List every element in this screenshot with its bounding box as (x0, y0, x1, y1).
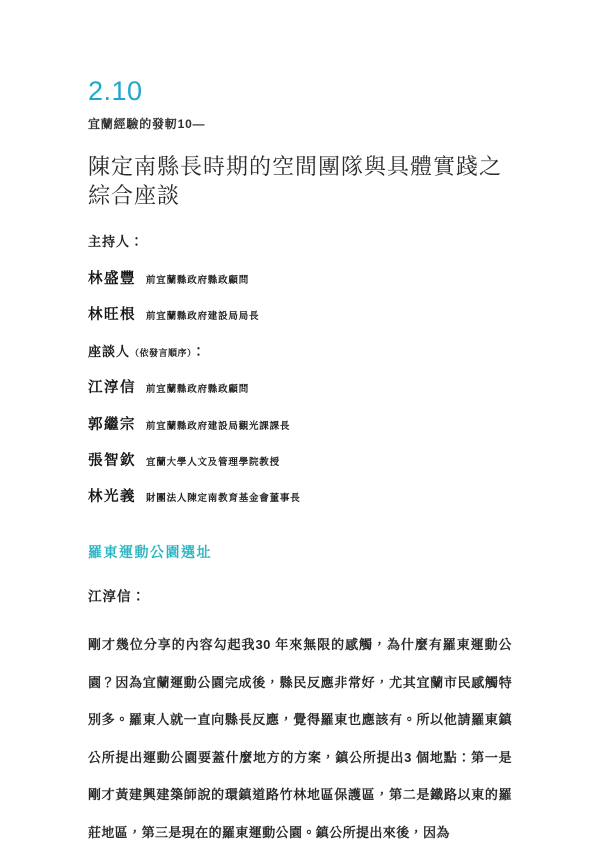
moderator-row: 林盛豐 前宜蘭縣政府縣政顧問 (88, 269, 512, 289)
person-name: 林盛豐 (88, 269, 136, 289)
panelists-label-text: 座談人 (88, 344, 130, 359)
person-name: 江淳信 (88, 378, 136, 398)
panelists-label: 座談人（依發言順序）： (88, 343, 512, 361)
panelist-row: 張智欽 宜蘭大學人文及管理學院教授 (88, 451, 512, 471)
person-title: 前宜蘭縣政府建設局局長 (146, 310, 259, 323)
person-name: 郭繼宗 (88, 415, 136, 435)
panelist-row: 郭繼宗 前宜蘭縣政府建設局觀光課課長 (88, 415, 512, 435)
page-title: 陳定南縣長時期的空間團隊與具體實踐之綜合座談 (88, 153, 512, 210)
chapter-number: 2.10 (88, 78, 512, 105)
person-name: 張智欽 (88, 451, 136, 471)
speaker-name: 江淳信： (88, 588, 512, 607)
panelist-row: 江淳信 前宜蘭縣政府縣政顧問 (88, 378, 512, 398)
person-title: 宜蘭大學人文及管理學院教授 (146, 456, 280, 469)
series-kicker: 宜蘭經驗的發軔10— (88, 116, 512, 132)
person-name: 林旺根 (88, 305, 136, 325)
person-title: 財團法人陳定南教育基金會董事長 (146, 492, 301, 505)
moderator-row: 林旺根 前宜蘭縣政府建設局局長 (88, 305, 512, 325)
panelist-row: 林光義 財團法人陳定南教育基金會董事長 (88, 487, 512, 507)
person-title: 前宜蘭縣政府建設局觀光課課長 (146, 420, 290, 433)
person-title: 前宜蘭縣政府縣政顧問 (146, 383, 249, 396)
person-name: 林光義 (88, 487, 136, 507)
panelists-label-note: （依發言順序） (130, 348, 192, 358)
person-title: 前宜蘭縣政府縣政顧問 (146, 274, 249, 287)
panelists-label-colon: ： (192, 344, 206, 359)
document-page: 2.10 宜蘭經驗的發軔10— 陳定南縣長時期的空間團隊與具體實踐之綜合座談 主… (0, 0, 600, 848)
section-heading: 羅東運動公園選址 (88, 543, 512, 563)
body-paragraph: 剛才幾位分享的內容勾起我30 年來無限的感觸，為什麼有羅東運動公園？因為宜蘭運動… (88, 626, 512, 848)
moderators-label: 主持人： (88, 233, 512, 251)
